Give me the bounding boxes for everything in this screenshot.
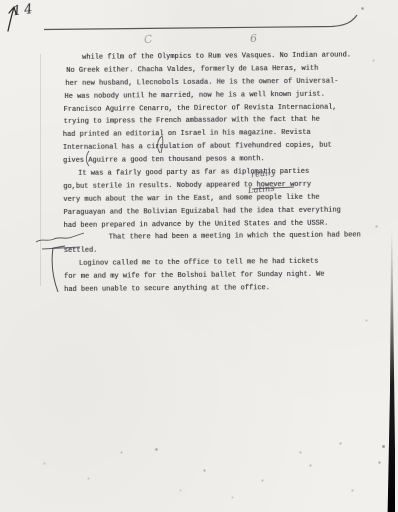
typed-line: had been unable to secure anything at th… [64, 281, 370, 297]
typed-text-block: while film of the Olympics to Rum ves Va… [62, 49, 370, 297]
typed-line: while film of the Olympics to Rum ves Va… [62, 49, 368, 65]
fold-line [40, 54, 41, 286]
margin-mark-six: 6 [250, 32, 258, 45]
top-rule-line [44, 15, 357, 30]
margin-mark-c: C [143, 32, 154, 46]
scan-noise [0, 0, 1, 1]
scan-edge-shadow [386, 228, 395, 512]
handwritten-page-number: 14 [12, 2, 36, 20]
scanned-document-page: 14 C 6 while film of the Olympics to Rum… [0, 0, 398, 512]
